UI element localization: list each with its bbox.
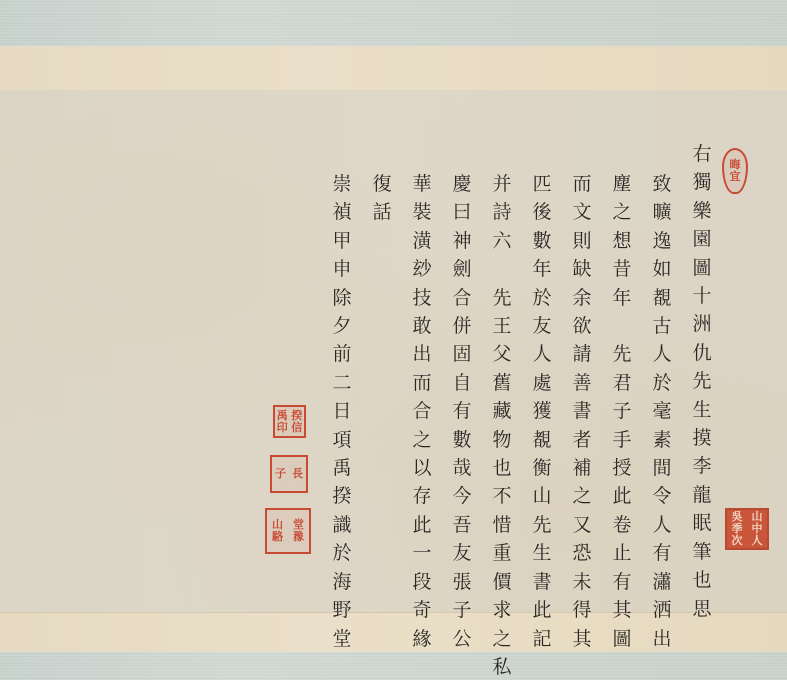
calligraphy-character: 處 — [530, 369, 554, 397]
calligraphy-character: 摸 — [690, 424, 714, 452]
calligraphy-character: 書 — [530, 568, 554, 596]
calligraphy-character: 卷 — [610, 511, 634, 539]
calligraphy-character: 仇 — [690, 339, 714, 367]
calligraphy-character: 昔 — [610, 255, 634, 283]
calligraphy-character: 吾 — [450, 511, 474, 539]
calligraphy-character: 獨 — [690, 168, 714, 196]
seal-character: 子 — [272, 468, 289, 480]
calligraphy-character: 圖 — [690, 254, 714, 282]
calligraphy-character: 筆 — [690, 538, 714, 566]
calligraphy-character: 缺 — [570, 255, 594, 283]
calligraphy-character: 瀟 — [650, 568, 674, 596]
calligraphy-character: 價 — [490, 568, 514, 596]
calligraphy-character: 技 — [410, 284, 434, 312]
text-column-2: 致曠逸如覩古人於毫素間令人有瀟洒出 — [650, 170, 674, 653]
calligraphy-character: 塵 — [610, 170, 634, 198]
calligraphy-character: 有 — [450, 397, 474, 425]
calligraphy-character: 覩 — [650, 284, 674, 312]
seal-character: 長 — [289, 468, 306, 480]
seal-character: 揆 — [290, 410, 305, 422]
calligraphy-character: 年 — [610, 284, 634, 312]
calligraphy-character: 緣 — [410, 625, 434, 653]
calligraphy-character: 二 — [330, 369, 354, 397]
text-column-4: 而文則缺余欲請善書者補之又恐未得其 — [570, 170, 594, 653]
calligraphy-character: 求 — [490, 596, 514, 624]
calligraphy-character: 之 — [410, 426, 434, 454]
calligraphy-character: 文 — [570, 198, 594, 226]
calligraphy-character: 人 — [650, 340, 674, 368]
calligraphy-character: 私 — [490, 653, 514, 680]
calligraphy-character: 之 — [610, 198, 634, 226]
calligraphy-character: 之 — [490, 625, 514, 653]
calligraphy-character: 如 — [650, 255, 674, 283]
seal-character: 駱 — [267, 531, 288, 543]
calligraphy-character: 人 — [650, 511, 674, 539]
calligraphy-character: 數 — [530, 227, 554, 255]
calligraphy-character: 未 — [570, 568, 594, 596]
calligraphy-character: 父 — [490, 340, 514, 368]
text-column-9: 復話 — [370, 170, 394, 227]
calligraphy-character: 奇 — [410, 596, 434, 624]
text-column-6: 并詩六 先王父舊藏物也不惜重價求之私 — [490, 170, 514, 680]
calligraphy-character: 項 — [330, 426, 354, 454]
calligraphy-character: 存 — [410, 482, 434, 510]
calligraphy-character: 以 — [410, 454, 434, 482]
calligraphy-character: 玅 — [410, 255, 434, 283]
calligraphy-character: 則 — [570, 227, 594, 255]
calligraphy-character: 友 — [450, 539, 474, 567]
calligraphy-character: 李 — [690, 452, 714, 480]
calligraphy-character: 神 — [450, 227, 474, 255]
calligraphy-character: 洲 — [690, 310, 714, 338]
text-column-8: 華裝潢玅技敢出而合之以存此一段奇緣 — [410, 170, 434, 653]
square-seal-left-bottom: 山堂駱䂊 — [265, 508, 311, 554]
calligraphy-character: 數 — [450, 426, 474, 454]
calligraphy-character: 手 — [610, 426, 634, 454]
calligraphy-character: 海 — [330, 568, 354, 596]
calligraphy-character: 匹 — [530, 170, 554, 198]
calligraphy-character: 識 — [330, 511, 354, 539]
calligraphy-character: 致 — [650, 170, 674, 198]
calligraphy-character: 華 — [410, 170, 434, 198]
calligraphy-character: 圖 — [610, 625, 634, 653]
calligraphy-character: 欲 — [570, 312, 594, 340]
calligraphy-character: 獲 — [530, 397, 554, 425]
calligraphy-character: 詩 — [490, 198, 514, 226]
calligraphy-character: 龍 — [690, 481, 714, 509]
calligraphy-character: 止 — [610, 539, 634, 567]
calligraphy-character: 曰 — [450, 198, 474, 226]
calligraphy-character: 禎 — [330, 198, 354, 226]
calligraphy-character: 生 — [690, 396, 714, 424]
calligraphy-character: 藏 — [490, 397, 514, 425]
seal-character: 人 — [747, 535, 767, 547]
calligraphy-character: 有 — [610, 568, 634, 596]
calligraphy-character: 之 — [570, 482, 594, 510]
calligraphy-character: 話 — [370, 198, 394, 226]
calligraphy-character: 於 — [530, 284, 554, 312]
calligraphy-character: 此 — [530, 596, 554, 624]
calligraphy-character: 君 — [610, 369, 634, 397]
calligraphy-character: 物 — [490, 426, 514, 454]
calligraphy-character: 山 — [530, 482, 554, 510]
square-seal-left-middle: 子長 — [270, 455, 308, 493]
calligraphy-character: 今 — [450, 482, 474, 510]
calligraphy-character: 其 — [610, 596, 634, 624]
calligraphy-character: 夕 — [330, 312, 354, 340]
text-column-10: 崇禎甲申除夕前二日項禹揆識於海野堂 — [330, 170, 354, 653]
calligraphy-character: 揆 — [330, 482, 354, 510]
calligraphy-character: 先 — [490, 284, 514, 312]
calligraphy-character: 衡 — [530, 454, 554, 482]
calligraphy-character: 野 — [330, 596, 354, 624]
calligraphy-character: 舊 — [490, 369, 514, 397]
calligraphy-character: 裝 — [410, 198, 434, 226]
calligraphy-character: 合 — [450, 284, 474, 312]
calligraphy-character: 合 — [410, 397, 434, 425]
calligraphy-character: 不 — [490, 482, 514, 510]
calligraphy-character: 六 — [490, 227, 514, 255]
calligraphy-character: 生 — [530, 539, 554, 567]
square-seal-left-top: 禹揆印信 — [273, 405, 306, 438]
calligraphy-character: 而 — [570, 170, 594, 198]
calligraphy-character: 并 — [490, 170, 514, 198]
calligraphy-character: 日 — [330, 397, 354, 425]
calligraphy-character: 後 — [530, 198, 554, 226]
calligraphy-character: 申 — [330, 255, 354, 283]
calligraphy-character: 子 — [450, 596, 474, 624]
calligraphy-character: 甲 — [330, 227, 354, 255]
calligraphy-character: 慶 — [450, 170, 474, 198]
calligraphy-character: 先 — [690, 367, 714, 395]
calligraphy-character: 敢 — [410, 312, 434, 340]
calligraphy-character: 重 — [490, 539, 514, 567]
calligraphy-character: 友 — [530, 312, 554, 340]
text-column-1: 右獨樂園圖十洲仇先生摸李龍眠筆也思 — [690, 140, 714, 623]
text-column-7: 慶曰神劍合併固自有數哉今吾友張子公 — [450, 170, 474, 653]
calligraphy-character: 併 — [450, 312, 474, 340]
calligraphy-character: 復 — [370, 170, 394, 198]
calligraphy-character: 書 — [570, 397, 594, 425]
calligraphy-character: 除 — [330, 284, 354, 312]
calligraphy-character: 此 — [410, 511, 434, 539]
calligraphy-character: 王 — [490, 312, 514, 340]
text-column-5: 匹後數年於友人處獲覩衡山先生書此記 — [530, 170, 554, 653]
calligraphy-character: 固 — [450, 340, 474, 368]
silk-mounting-bottom — [0, 652, 787, 680]
calligraphy-character: 逸 — [650, 227, 674, 255]
calligraphy-character: 洒 — [650, 596, 674, 624]
seal-character: 禹 — [275, 410, 290, 422]
calligraphy-character — [490, 255, 514, 283]
calligraphy-character: 人 — [530, 340, 554, 368]
calligraphy-character: 覩 — [530, 426, 554, 454]
seal-character: 䂊 — [288, 531, 309, 543]
calligraphy-character: 間 — [650, 454, 674, 482]
calligraphy-character: 出 — [410, 340, 434, 368]
calligraphy-character: 於 — [650, 369, 674, 397]
calligraphy-character: 記 — [530, 625, 554, 653]
silk-mounting-top — [0, 0, 787, 46]
calligraphy-character — [610, 312, 634, 340]
text-column-3: 塵之想昔年 先君子手授此卷止有其圖 — [610, 170, 634, 653]
seal-character: 次 — [727, 535, 747, 547]
calligraphy-character: 一 — [410, 539, 434, 567]
calligraphy-character: 先 — [530, 511, 554, 539]
calligraphy-character: 樂 — [690, 197, 714, 225]
calligraphy-character: 恐 — [570, 539, 594, 567]
calligraphy-character: 段 — [410, 568, 434, 596]
calligraphy-character: 思 — [690, 595, 714, 623]
calligraphy-character: 此 — [610, 482, 634, 510]
calligraphy-character: 右 — [690, 140, 714, 168]
calligraphy-character: 眠 — [690, 509, 714, 537]
calligraphy-character: 余 — [570, 284, 594, 312]
calligraphy-character: 劍 — [450, 255, 474, 283]
calligraphy-character: 也 — [690, 566, 714, 594]
calligraphy-character: 素 — [650, 426, 674, 454]
seal-character: 信 — [290, 422, 305, 434]
calligraphy-character: 公 — [450, 625, 474, 653]
calligraphy-character: 堂 — [330, 625, 354, 653]
calligraphy-character: 自 — [450, 369, 474, 397]
calligraphy-character: 又 — [570, 511, 594, 539]
calligraphy-character: 想 — [610, 227, 634, 255]
calligraphy-character: 哉 — [450, 454, 474, 482]
seal-character: 宜 — [724, 171, 746, 183]
calligraphy-character: 補 — [570, 454, 594, 482]
calligraphy-character: 曠 — [650, 198, 674, 226]
calligraphy-character: 善 — [570, 369, 594, 397]
seal-character: 印 — [275, 422, 290, 434]
calligraphy-character: 園 — [690, 225, 714, 253]
calligraphy-character: 授 — [610, 454, 634, 482]
calligraphy-character: 十 — [690, 282, 714, 310]
calligraphy-character: 有 — [650, 539, 674, 567]
calligraphy-character: 也 — [490, 454, 514, 482]
calligraphy-character: 古 — [650, 312, 674, 340]
calligraphy-character: 年 — [530, 255, 554, 283]
calligraphy-character: 而 — [410, 369, 434, 397]
calligraphy-character: 者 — [570, 426, 594, 454]
calligraphy-character: 惜 — [490, 511, 514, 539]
calligraphy-character: 子 — [610, 397, 634, 425]
calligraphy-character: 令 — [650, 482, 674, 510]
calligraphy-character: 出 — [650, 625, 674, 653]
calligraphy-character: 張 — [450, 568, 474, 596]
calligraphy-character: 禹 — [330, 454, 354, 482]
square-seal-bottom-right: 吳山季中次人 — [725, 508, 769, 550]
calligraphy-character: 請 — [570, 340, 594, 368]
calligraphy-character: 先 — [610, 340, 634, 368]
calligraphy-character: 潢 — [410, 227, 434, 255]
calligraphy-character: 崇 — [330, 170, 354, 198]
calligraphy-character: 毫 — [650, 397, 674, 425]
calligraphy-character: 於 — [330, 539, 354, 567]
paper-border-top — [0, 46, 787, 91]
calligraphy-character: 其 — [570, 625, 594, 653]
calligraphy-character: 前 — [330, 340, 354, 368]
calligraphy-character: 得 — [570, 596, 594, 624]
